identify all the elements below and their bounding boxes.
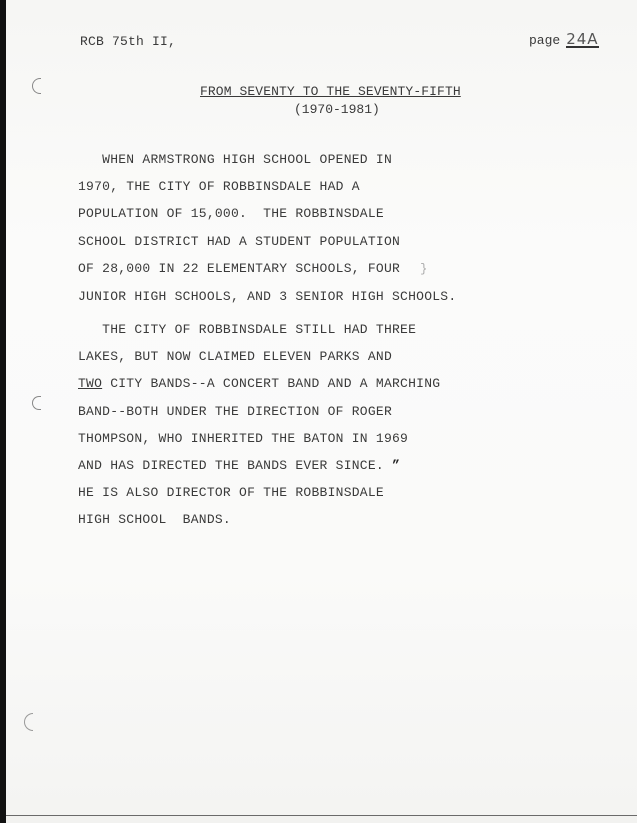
text-line: HE IS ALSO DIRECTOR OF THE ROBBINSDALE <box>78 479 440 506</box>
document-subtitle: (1970-1981) <box>294 102 380 117</box>
paragraph-1: WHEN ARMSTRONG HIGH SCHOOL OPENED IN1970… <box>78 146 456 310</box>
punch-hole-mark <box>32 396 41 410</box>
ink-tick-mark: ” <box>392 458 400 473</box>
text-line-content: CITY BANDS--A CONCERT BAND AND A MARCHIN… <box>102 376 440 391</box>
margin-bracket-mark: } <box>420 262 427 276</box>
text-line: JUNIOR HIGH SCHOOLS, AND 3 SENIOR HIGH S… <box>78 283 456 310</box>
paragraph-2: THE CITY OF ROBBINSDALE STILL HAD THREEL… <box>78 316 440 534</box>
page-number-label: page24A <box>529 32 599 48</box>
underlined-word: TWO <box>78 376 102 391</box>
text-line: LAKES, BUT NOW CLAIMED ELEVEN PARKS AND <box>78 343 440 370</box>
text-line: 1970, THE CITY OF ROBBINSDALE HAD A <box>78 173 456 200</box>
text-line: TWO CITY BANDS--A CONCERT BAND AND A MAR… <box>78 370 440 397</box>
punch-hole-mark <box>32 78 41 94</box>
text-line: POPULATION OF 15,000. THE ROBBINSDALE <box>78 200 456 227</box>
text-line: HIGH SCHOOL BANDS. <box>78 506 440 533</box>
text-line: WHEN ARMSTRONG HIGH SCHOOL OPENED IN <box>78 146 456 173</box>
text-line: BAND--BOTH UNDER THE DIRECTION OF ROGER <box>78 398 440 425</box>
document-reference: RCB 75th II, <box>80 34 176 49</box>
text-line: THOMPSON, WHO INHERITED THE BATON IN 196… <box>78 425 440 452</box>
scan-bottom-edge <box>6 815 637 823</box>
text-line: THE CITY OF ROBBINSDALE STILL HAD THREE <box>78 316 440 343</box>
text-line: AND HAS DIRECTED THE BANDS EVER SINCE. ” <box>78 452 440 479</box>
page-number: 24A <box>566 32 598 48</box>
text-line-content: AND HAS DIRECTED THE BANDS EVER SINCE. <box>78 458 392 473</box>
text-line: SCHOOL DISTRICT HAD A STUDENT POPULATION <box>78 228 456 255</box>
text-line: OF 28,000 IN 22 ELEMENTARY SCHOOLS, FOUR… <box>78 255 456 283</box>
document-title: FROM SEVENTY TO THE SEVENTY-FIFTH <box>200 84 461 99</box>
page-label: page <box>529 33 560 48</box>
text-line-content: OF 28,000 IN 22 ELEMENTARY SCHOOLS, FOUR <box>78 261 400 276</box>
